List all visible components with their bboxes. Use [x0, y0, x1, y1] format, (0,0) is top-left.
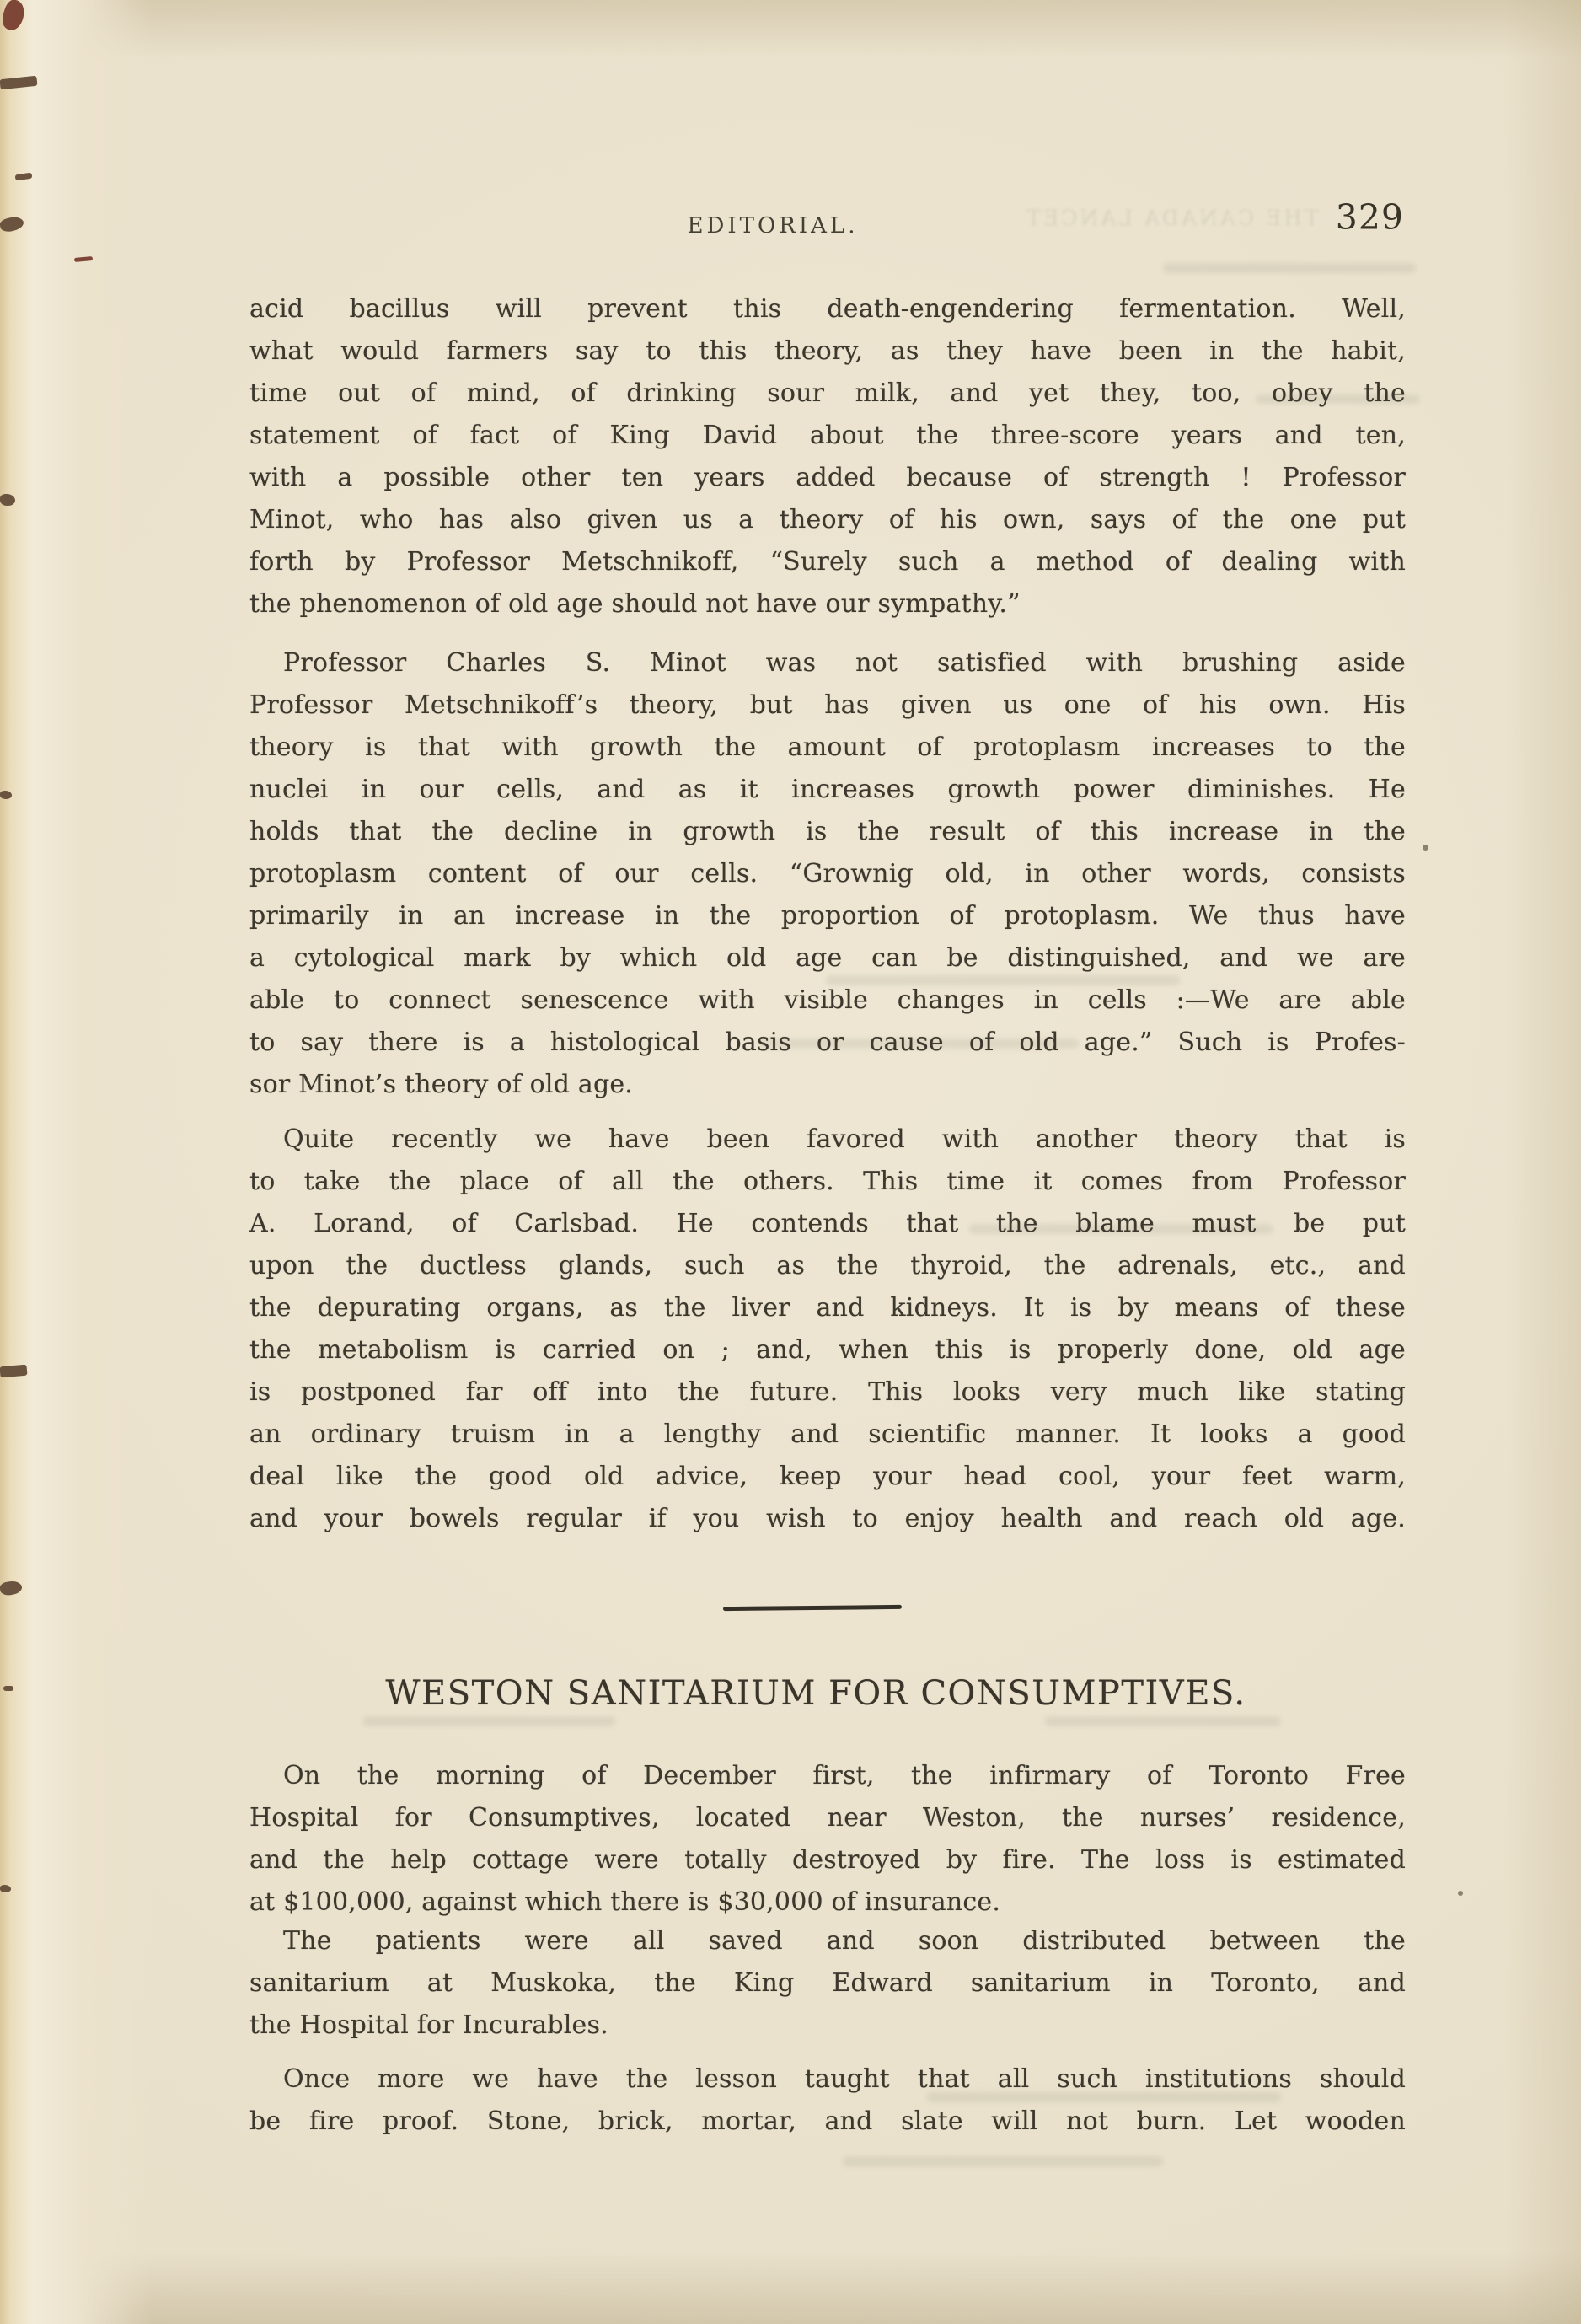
text-line: statement of fact of King David about th…	[249, 415, 1406, 457]
text-line: and the help cottage were totally destro…	[249, 1839, 1406, 1881]
paper-speck	[15, 173, 33, 181]
text-line: the phenomenon of old age should not hav…	[249, 583, 1406, 625]
paper-speck	[74, 256, 93, 262]
text-line: time out of mind, of drinking sour milk,…	[249, 373, 1406, 415]
paper-speck	[1423, 845, 1428, 851]
text-line: protoplasm content of our cells. “Growni…	[249, 853, 1406, 895]
paper-speck	[0, 1885, 11, 1892]
text-line: Professor Metschnikoff’s theory, but has…	[249, 684, 1406, 727]
paragraph: Professor Charles S. Minot was not satis…	[249, 642, 1406, 1106]
paragraph: Once more we have the lesson taught that…	[249, 2058, 1406, 2143]
text-line: sor Minot’s theory of old age.	[249, 1064, 1406, 1106]
paper-speck	[0, 215, 25, 233]
text-line: and your bowels regular if you wish to e…	[249, 1498, 1406, 1540]
show-through-smudge	[362, 1716, 615, 1726]
paper-speck	[0, 76, 38, 90]
section-divider	[723, 1605, 902, 1611]
text-line: the metabolism is carried on ; and, when…	[249, 1329, 1406, 1371]
text-line: an ordinary truism in a lengthy and scie…	[249, 1414, 1406, 1456]
paragraph: The patients were all saved and soon dis…	[249, 1920, 1406, 2047]
text-line: to say there is a histological basis or …	[249, 1022, 1406, 1064]
running-head: EDITORIAL.	[688, 213, 859, 239]
text-line: Hospital for Consumptives, located near …	[249, 1797, 1406, 1839]
scanned-page: THE CANADA LANCET EDITORIAL. 329 acid ba…	[0, 0, 1581, 2324]
text-line: On the morning of December first, the in…	[249, 1755, 1406, 1797]
show-through-smudge	[1045, 1716, 1281, 1726]
text-line: acid bacillus will prevent this death-en…	[249, 288, 1406, 330]
paragraph: On the morning of December first, the in…	[249, 1755, 1406, 1924]
paragraph: Quite recently we have been favored with…	[249, 1119, 1406, 1540]
paper-speck	[0, 1365, 28, 1378]
text-line: A. Lorand, of Carlsbad. He contends that…	[249, 1203, 1406, 1245]
paragraph: acid bacillus will prevent this death-en…	[249, 288, 1406, 625]
text-line: Professor Charles S. Minot was not satis…	[249, 642, 1406, 684]
text-line: The patients were all saved and soon dis…	[249, 1920, 1406, 1962]
paper-speck	[0, 1580, 23, 1597]
text-line: Quite recently we have been favored with…	[249, 1119, 1406, 1161]
text-line: deal like the good old advice, keep your…	[249, 1456, 1406, 1498]
text-line: at $100,000, against which there is $30,…	[249, 1881, 1406, 1924]
text-line: is postponed far off into the future. Th…	[249, 1371, 1406, 1414]
text-line: the depurating organs, as the liver and …	[249, 1287, 1406, 1329]
text-line: Once more we have the lesson taught that…	[249, 2058, 1406, 2101]
text-line: what would farmers say to this theory, a…	[249, 330, 1406, 373]
text-line: the Hospital for Incurables.	[249, 2005, 1406, 2047]
show-through-text: THE CANADA LANCET	[961, 206, 1382, 230]
paper-speck	[0, 0, 28, 33]
paper-speck	[3, 1686, 13, 1691]
text-line: upon the ductless glands, such as the th…	[249, 1245, 1406, 1287]
text-line: able to connect senescence with visible …	[249, 980, 1406, 1022]
text-line: Minot, who has also given us a theory of…	[249, 499, 1406, 541]
text-line: nuclei in our cells, and as it increases…	[249, 769, 1406, 811]
paper-speck	[1458, 1891, 1463, 1896]
show-through-smudge	[1163, 263, 1416, 273]
text-line: forth by Professor Metschnikoff, “Surely…	[249, 541, 1406, 583]
paper-speck	[0, 494, 15, 506]
text-line: to take the place of all the others. Thi…	[249, 1161, 1406, 1203]
text-line: theory is that with growth the amount of…	[249, 727, 1406, 769]
text-line: with a possible other ten years added be…	[249, 457, 1406, 499]
paper-speck	[0, 791, 12, 799]
page-number: 329	[1336, 197, 1404, 238]
text-line: holds that the decline in growth is the …	[249, 811, 1406, 853]
show-through-smudge	[843, 2156, 1163, 2166]
text-line: sanitarium at Muskoka, the King Edward s…	[249, 1962, 1406, 2005]
text-line: a cytological mark by which old age can …	[249, 937, 1406, 980]
text-line: be fire proof. Stone, brick, mortar, and…	[249, 2101, 1406, 2143]
text-line: primarily in an increase in the proporti…	[249, 895, 1406, 937]
article-heading: WESTON SANITARIUM FOR CONSUMPTIVES.	[239, 1674, 1392, 1713]
